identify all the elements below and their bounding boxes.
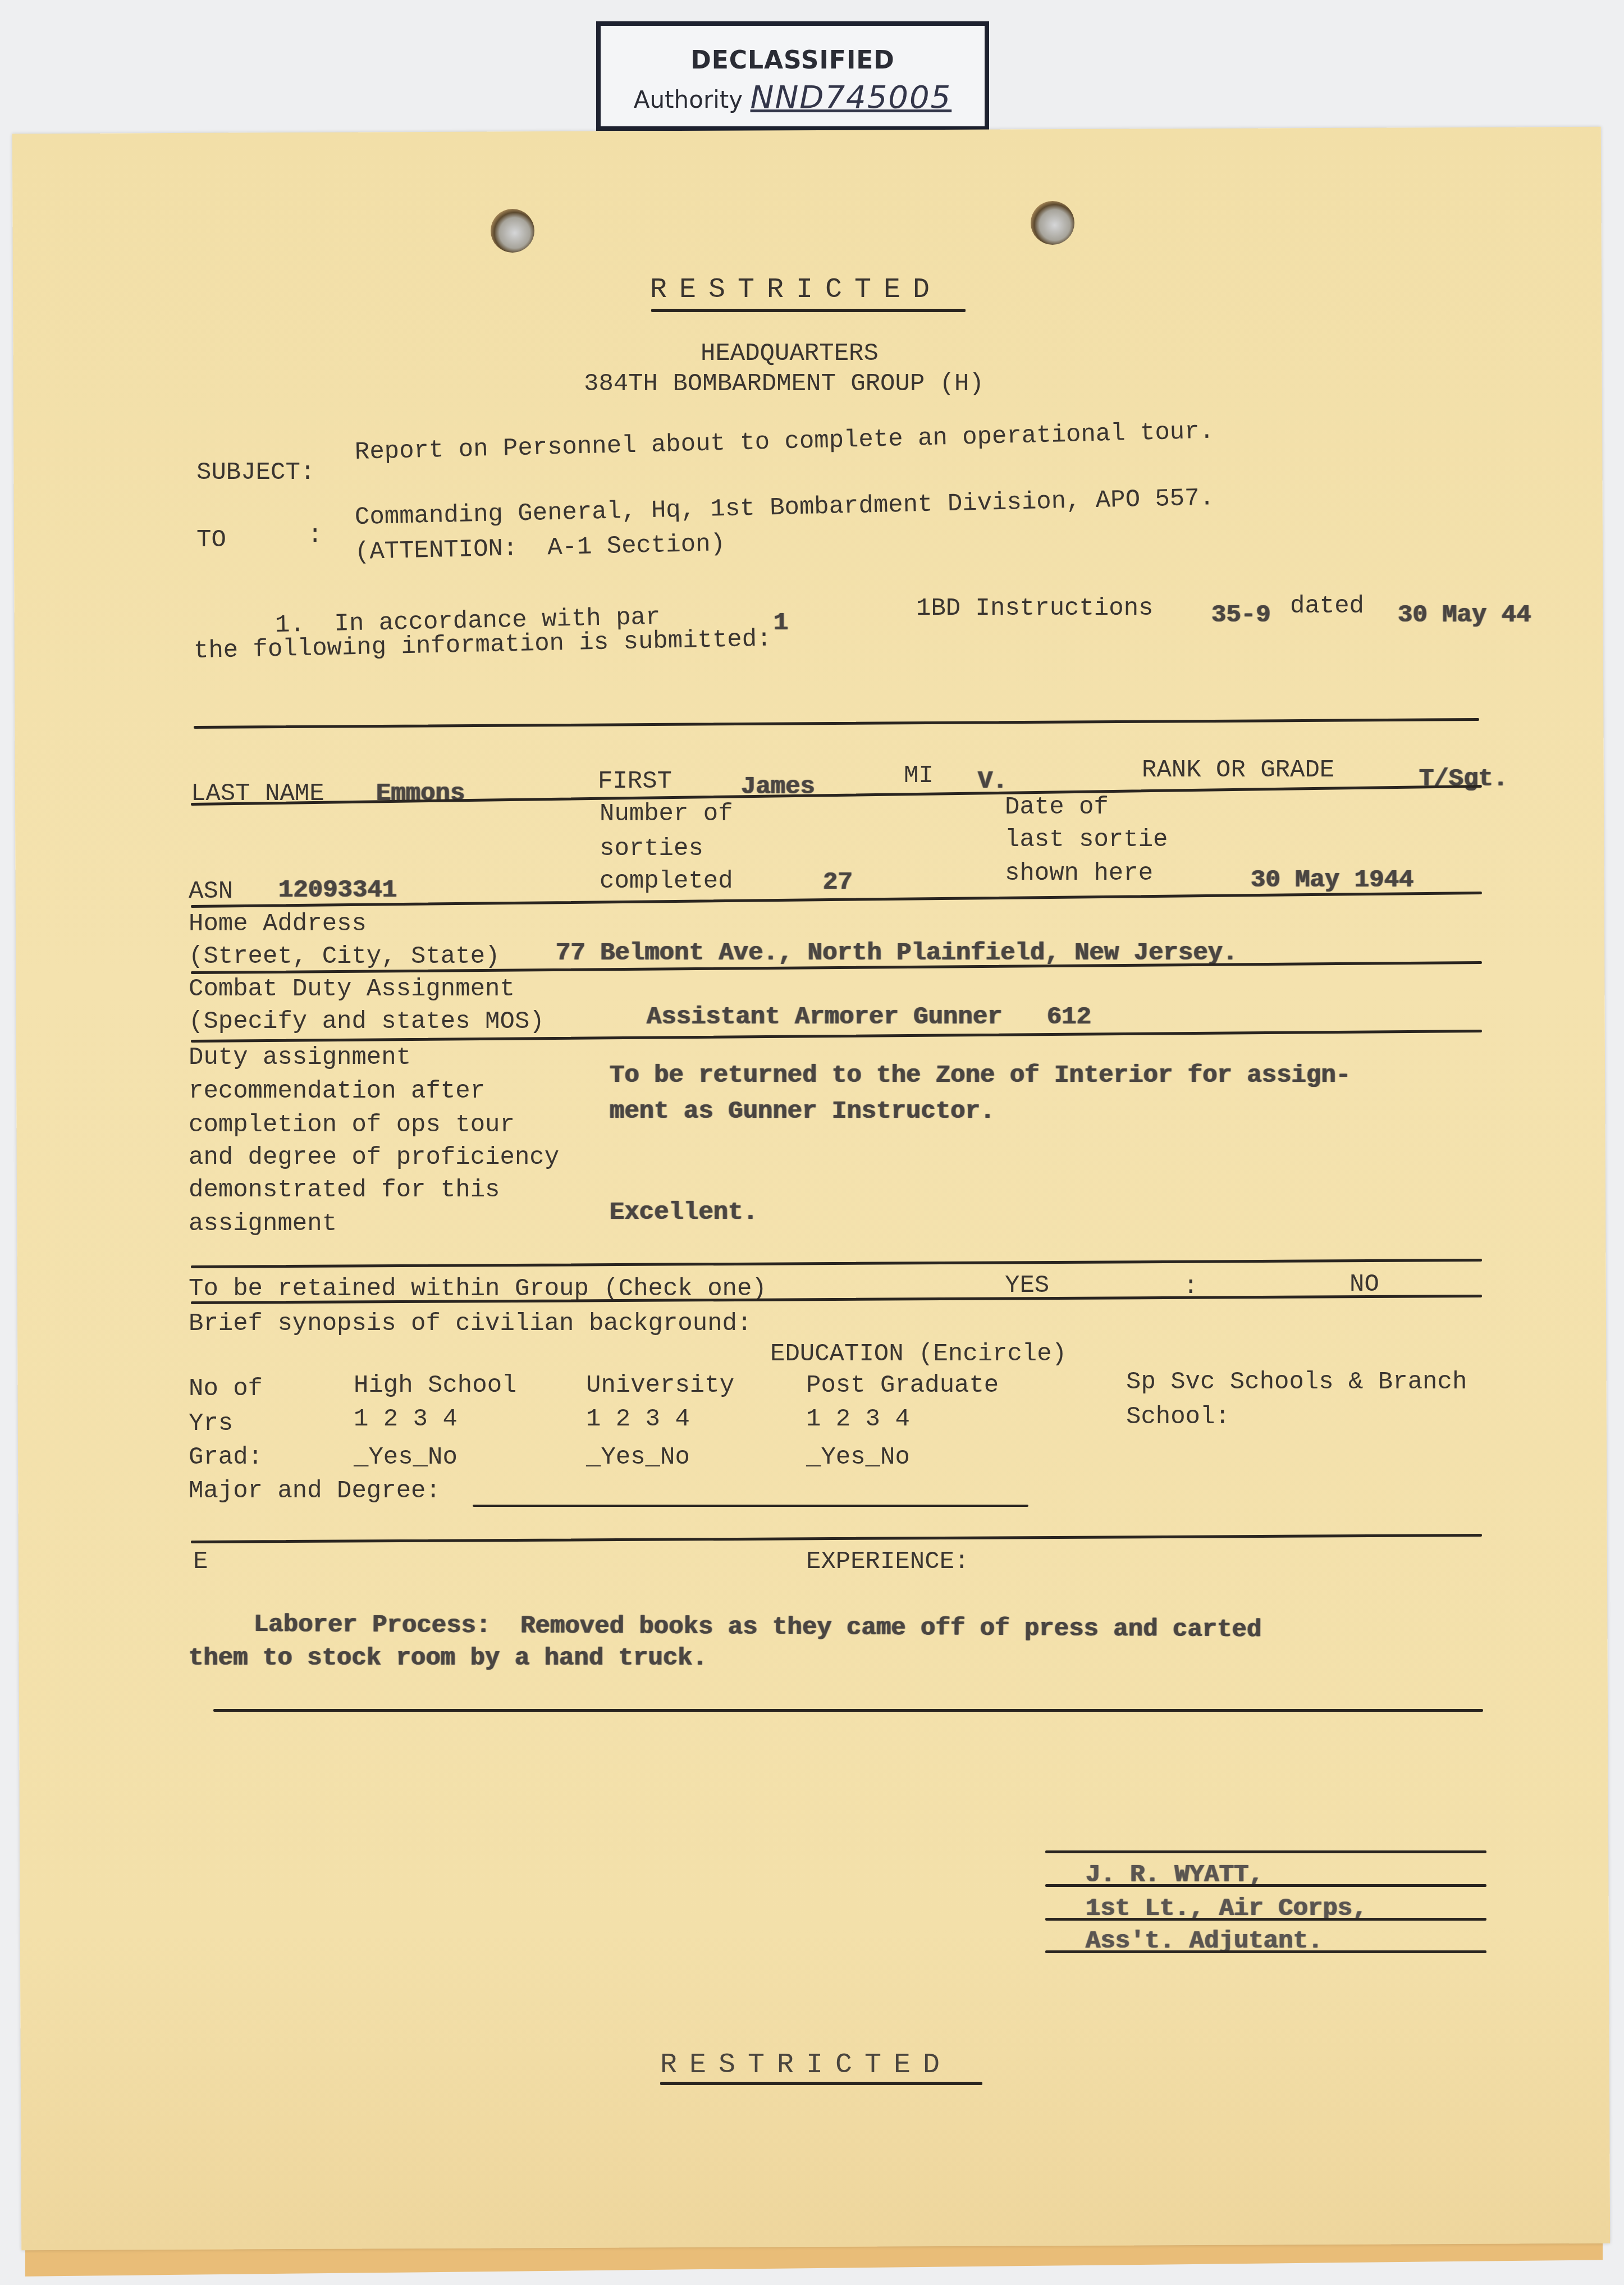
stamp-title: DECLASSIFIED — [601, 46, 985, 75]
last-sortie-value: 30 May 1944 — [1251, 868, 1413, 893]
edu-yrs-label: Yrs — [189, 1411, 233, 1436]
first-name-label: FIRST — [598, 769, 672, 794]
combat-duty-label-2: (Specify and states MOS) — [189, 1009, 545, 1034]
sp-svc-schools-label-1: Sp Svc Schools & Branch — [1126, 1370, 1467, 1395]
edu-postgrad-name: Post Graduate — [806, 1373, 999, 1398]
signature-rule-2 — [1045, 1884, 1486, 1887]
signature-rule-4 — [1045, 1950, 1486, 1953]
subject-label: SUBJECT: — [196, 460, 315, 485]
experience-text-1: Laborer Process: Removed books as they c… — [254, 1612, 1262, 1642]
para1-par-value: 1 — [774, 611, 788, 636]
last-sortie-label-3: shown here — [1005, 861, 1153, 886]
signature-rule-1 — [1045, 1850, 1486, 1853]
stamp-authority: Authority NND745005 — [601, 79, 985, 116]
duty-rec-label-5: demonstrated for this — [189, 1178, 500, 1203]
sorties-label-1: Number of — [600, 802, 733, 826]
asn-value: 12093341 — [278, 878, 397, 903]
sorties-label-3: completed — [600, 869, 733, 894]
edu-high-school-name: High School — [354, 1373, 516, 1398]
middle-initial-value: V. — [978, 769, 1008, 794]
duty-rec-value-2: ment as Gunner Instructor. — [610, 1099, 995, 1124]
home-address-label-2: (Street, City, State) — [189, 944, 500, 969]
last-sortie-label-1: Date of — [1005, 795, 1109, 820]
org-line-2: 384TH BOMBARDMENT GROUP (H) — [584, 372, 984, 396]
duty-rec-value-1: To be returned to the Zone of Interior f… — [610, 1063, 1351, 1088]
para1-instructions: 1BD Instructions — [916, 596, 1153, 621]
duty-rec-label-6: assignment — [189, 1212, 337, 1236]
home-address-label-1: Home Address — [189, 912, 367, 936]
retained-label: To be retained within Group (Check one) — [189, 1277, 767, 1301]
classification-bottom-underline — [660, 2082, 982, 2085]
education-heading: EDUCATION (Encircle) — [770, 1342, 1067, 1367]
org-line-1: HEADQUARTERS — [701, 341, 879, 366]
experience-bottom-rule — [213, 1709, 1483, 1712]
home-address-value: 77 Belmont Ave., North Plainfield, New J… — [556, 941, 1238, 966]
edu-university-name: University — [586, 1373, 734, 1398]
edu-grad-label: Grad: — [189, 1445, 263, 1470]
sorties-label-2: sorties — [600, 837, 703, 861]
edu-high-school-years[interactable]: 1 2 3 4 — [354, 1407, 458, 1432]
edu-high-school-grad[interactable]: _Yes_No — [354, 1445, 458, 1470]
classification-top: RESTRICTED — [650, 276, 942, 304]
para1-date-value: 30 May 44 — [1398, 603, 1531, 628]
classification-top-underline — [651, 309, 966, 312]
major-degree-rule — [473, 1505, 1028, 1507]
asn-label: ASN — [189, 879, 233, 904]
major-degree-label: Major and Degree: — [189, 1479, 441, 1503]
rank-label: RANK OR GRADE — [1142, 758, 1334, 783]
signature-rule-3 — [1045, 1918, 1486, 1921]
sp-svc-schools-label-2: School: — [1126, 1405, 1230, 1429]
middle-initial-label: MI — [904, 764, 934, 788]
experience-text-2: them to stock room by a hand truck. — [189, 1646, 707, 1671]
retained-separator: : — [1183, 1274, 1198, 1299]
duty-rec-label-1: Duty assignment — [189, 1045, 411, 1070]
retained-no-option: NO — [1349, 1272, 1379, 1297]
civilian-background-label: Brief synopsis of civilian background: — [189, 1311, 752, 1336]
stamp-authority-value: NND745005 — [751, 79, 952, 116]
para1-dated-label: dated — [1290, 594, 1364, 619]
punch-hole-right — [1031, 201, 1074, 245]
para1-instruction-number: 35-9 — [1211, 603, 1271, 628]
edu-university-grad[interactable]: _Yes_No — [586, 1445, 690, 1470]
to-label: TO — [196, 528, 226, 552]
duty-rec-label-3: completion of ops tour — [189, 1113, 515, 1137]
sorties-value: 27 — [823, 870, 853, 895]
edu-postgrad-grad[interactable]: _Yes_No — [806, 1445, 910, 1470]
to-colon: : — [308, 523, 322, 548]
punch-hole-left — [491, 209, 534, 253]
duty-rec-label-4: and degree of proficiency — [189, 1145, 559, 1170]
stamp-authority-label: Authority — [634, 86, 743, 113]
edu-postgrad-years[interactable]: 1 2 3 4 — [806, 1407, 910, 1432]
experience-heading: EXPERIENCE: — [806, 1550, 969, 1574]
last-sortie-label-2: last sortie — [1005, 828, 1168, 852]
declassified-stamp: DECLASSIFIED Authority NND745005 — [596, 21, 989, 131]
retained-yes-option: YES — [1005, 1273, 1049, 1298]
combat-duty-label-1: Combat Duty Assignment — [189, 977, 515, 1002]
edu-university-years[interactable]: 1 2 3 4 — [586, 1407, 690, 1432]
experience-marker: E — [193, 1550, 208, 1574]
classification-bottom: RESTRICTED — [660, 2051, 952, 2080]
combat-duty-value: Assistant Armorer Gunner 612 — [647, 1005, 1091, 1030]
edu-no-of-label: No of — [189, 1377, 263, 1401]
duty-rec-label-2: recommendation after — [189, 1079, 485, 1104]
proficiency-value: Excellent. — [610, 1200, 758, 1225]
